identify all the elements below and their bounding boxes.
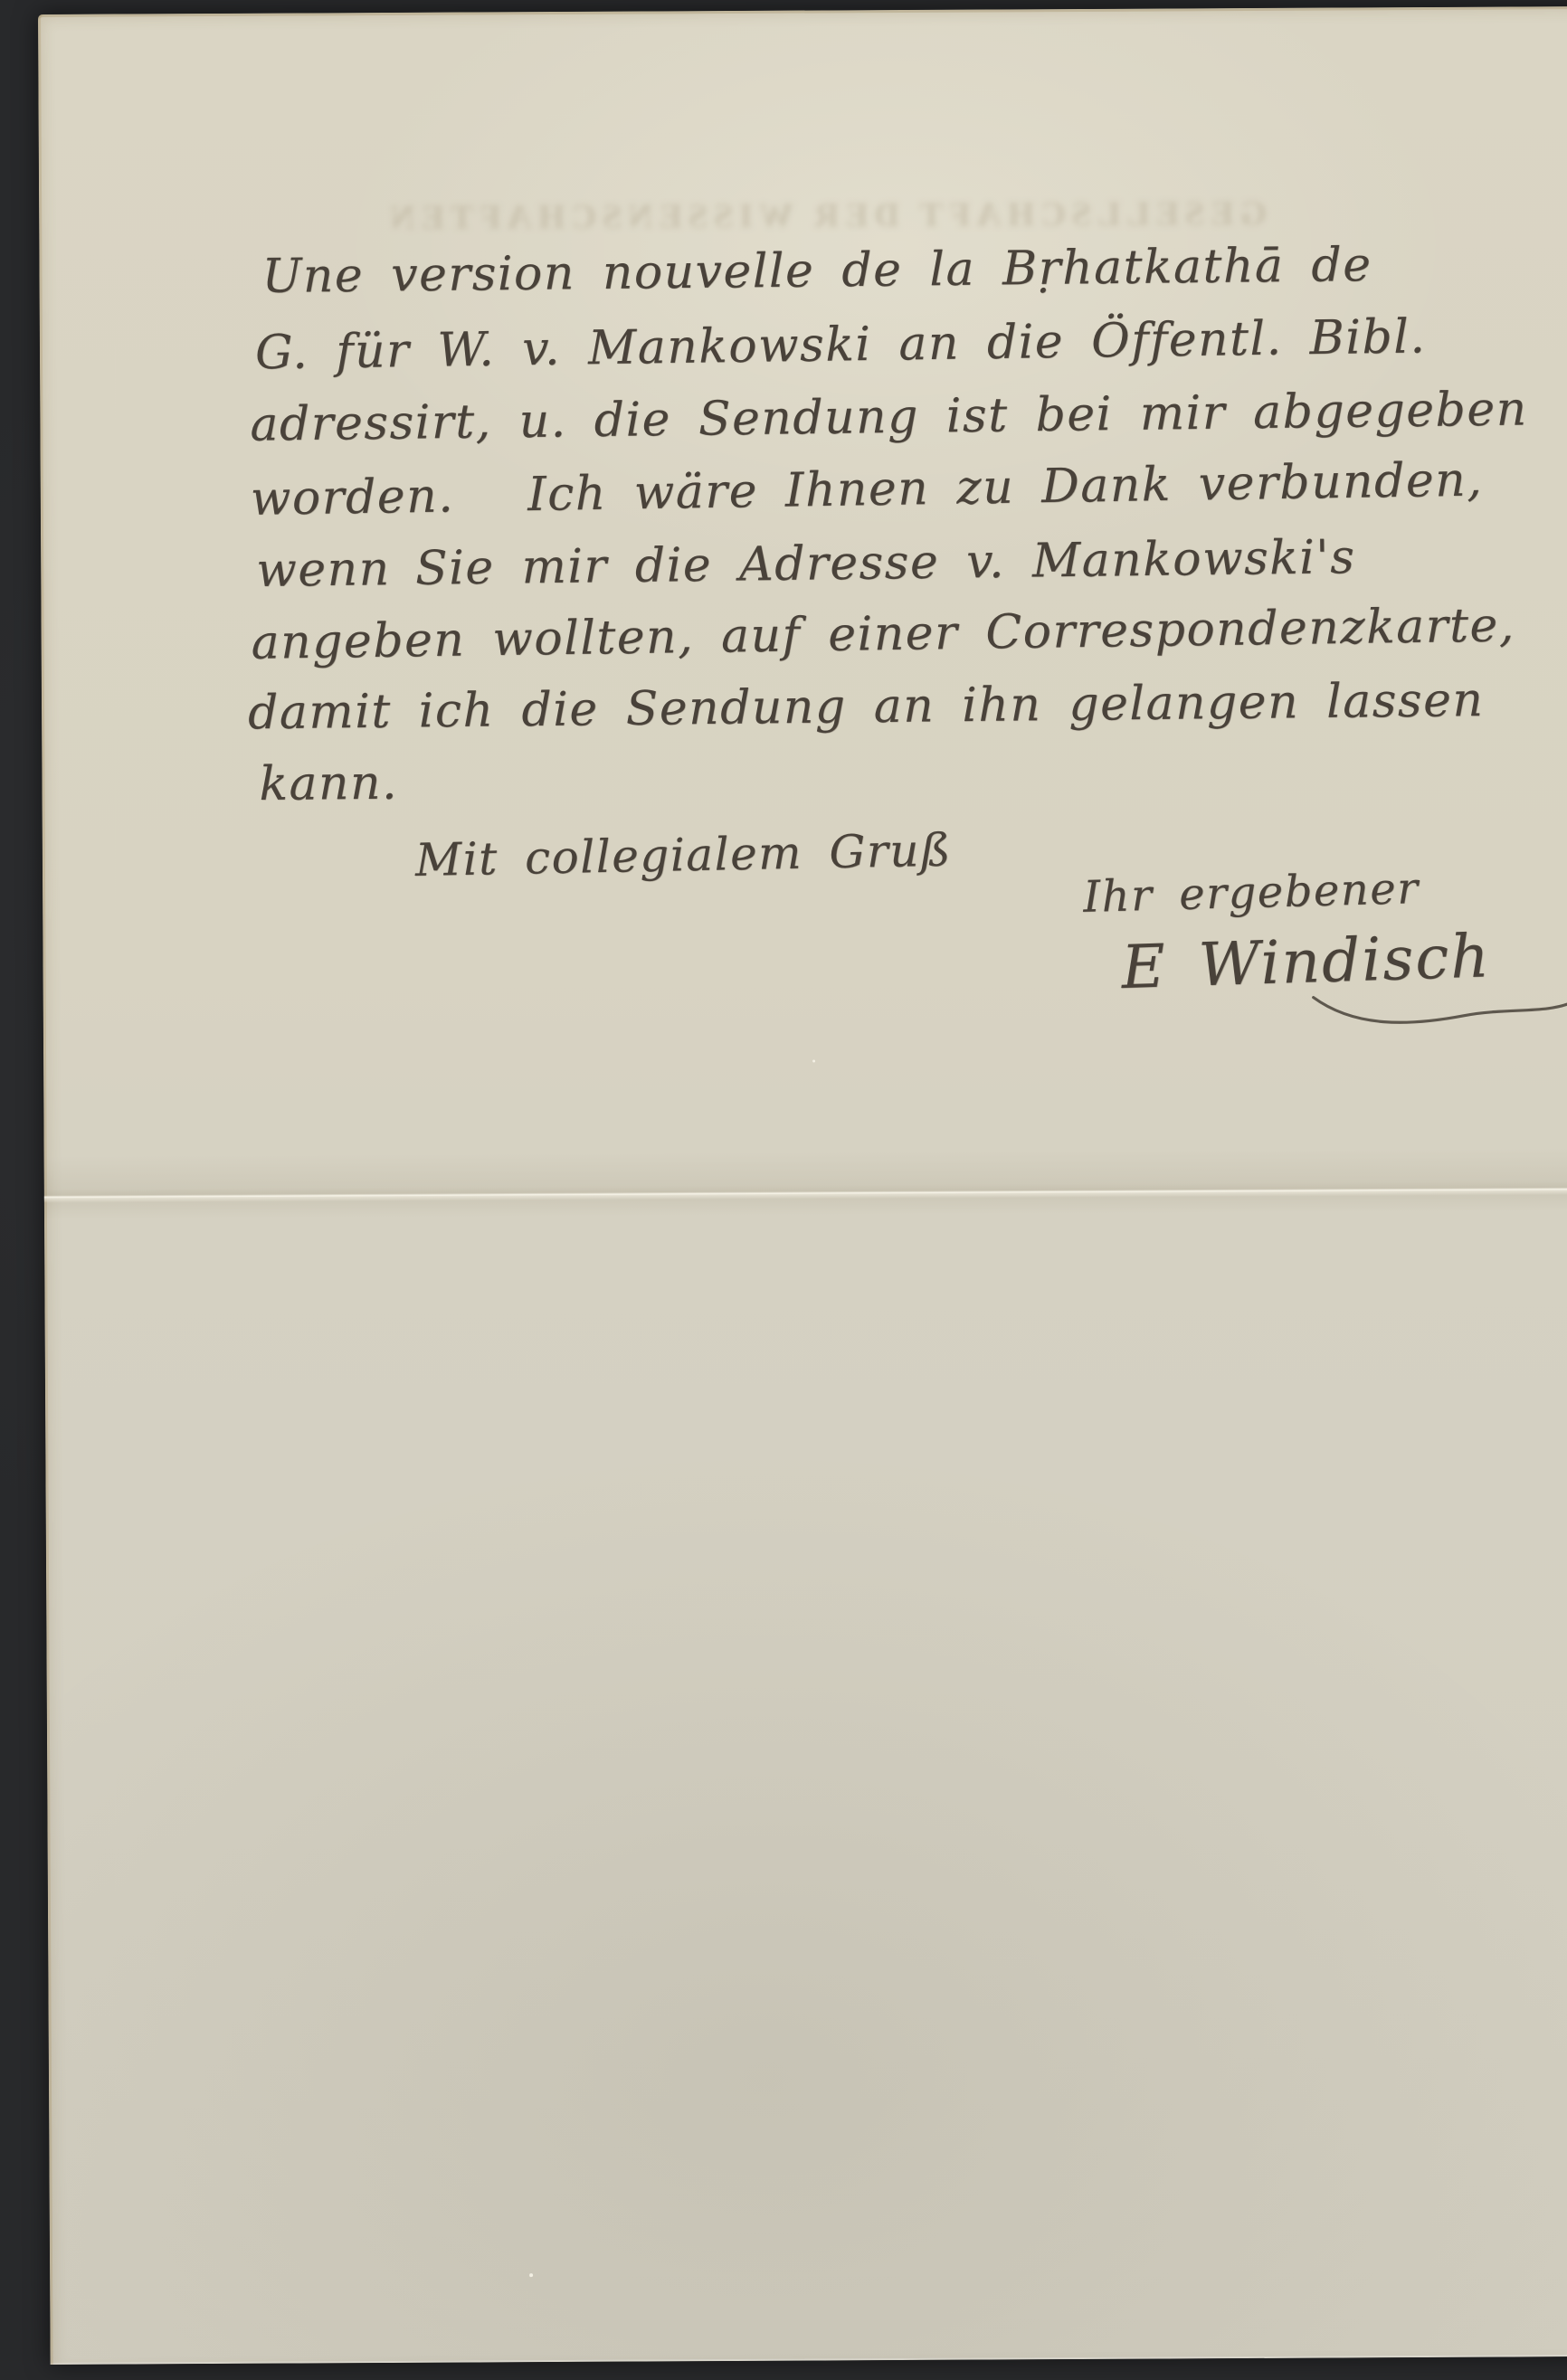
handwritten-line: adressirt, u. die Sendung ist bei mir ab… [250, 382, 1528, 451]
scanned-letter-page: { "scan": { "background_color": "#28292b… [0, 0, 1567, 2380]
valediction: Ihr ergebener [1082, 863, 1420, 923]
handwritten-line: wenn Sie mir die Adresse v. Mankowski's [256, 530, 1356, 598]
handwritten-line: angeben wollten, auf einer Correspondenz… [251, 598, 1515, 670]
handwritten-line: kann. [259, 756, 398, 811]
paper-speck [529, 2273, 533, 2277]
paper-speck [812, 1060, 815, 1063]
paper-sheet: GESELLSCHAFT DER WISSENSCHAFTEN Une vers… [38, 6, 1567, 2365]
handwritten-line: G. für W. v. Mankowski an die Öffentl. B… [255, 309, 1427, 380]
handwritten-line: Une version nouvelle de la Bṛhatkathā de [261, 238, 1372, 304]
handwritten-line: worden. Ich wäre Ihnen zu Dank verbunden… [250, 453, 1483, 526]
closing-salutation: Mit collegialem Gruß [414, 824, 952, 887]
signature: E Windisch [1120, 921, 1491, 1002]
fold-crease [44, 1148, 1567, 1219]
letterhead-bleedthrough: GESELLSCHAFT DER WISSENSCHAFTEN [254, 185, 1396, 247]
handwritten-line: damit ich die Sendung an ihn gelangen la… [248, 673, 1485, 740]
